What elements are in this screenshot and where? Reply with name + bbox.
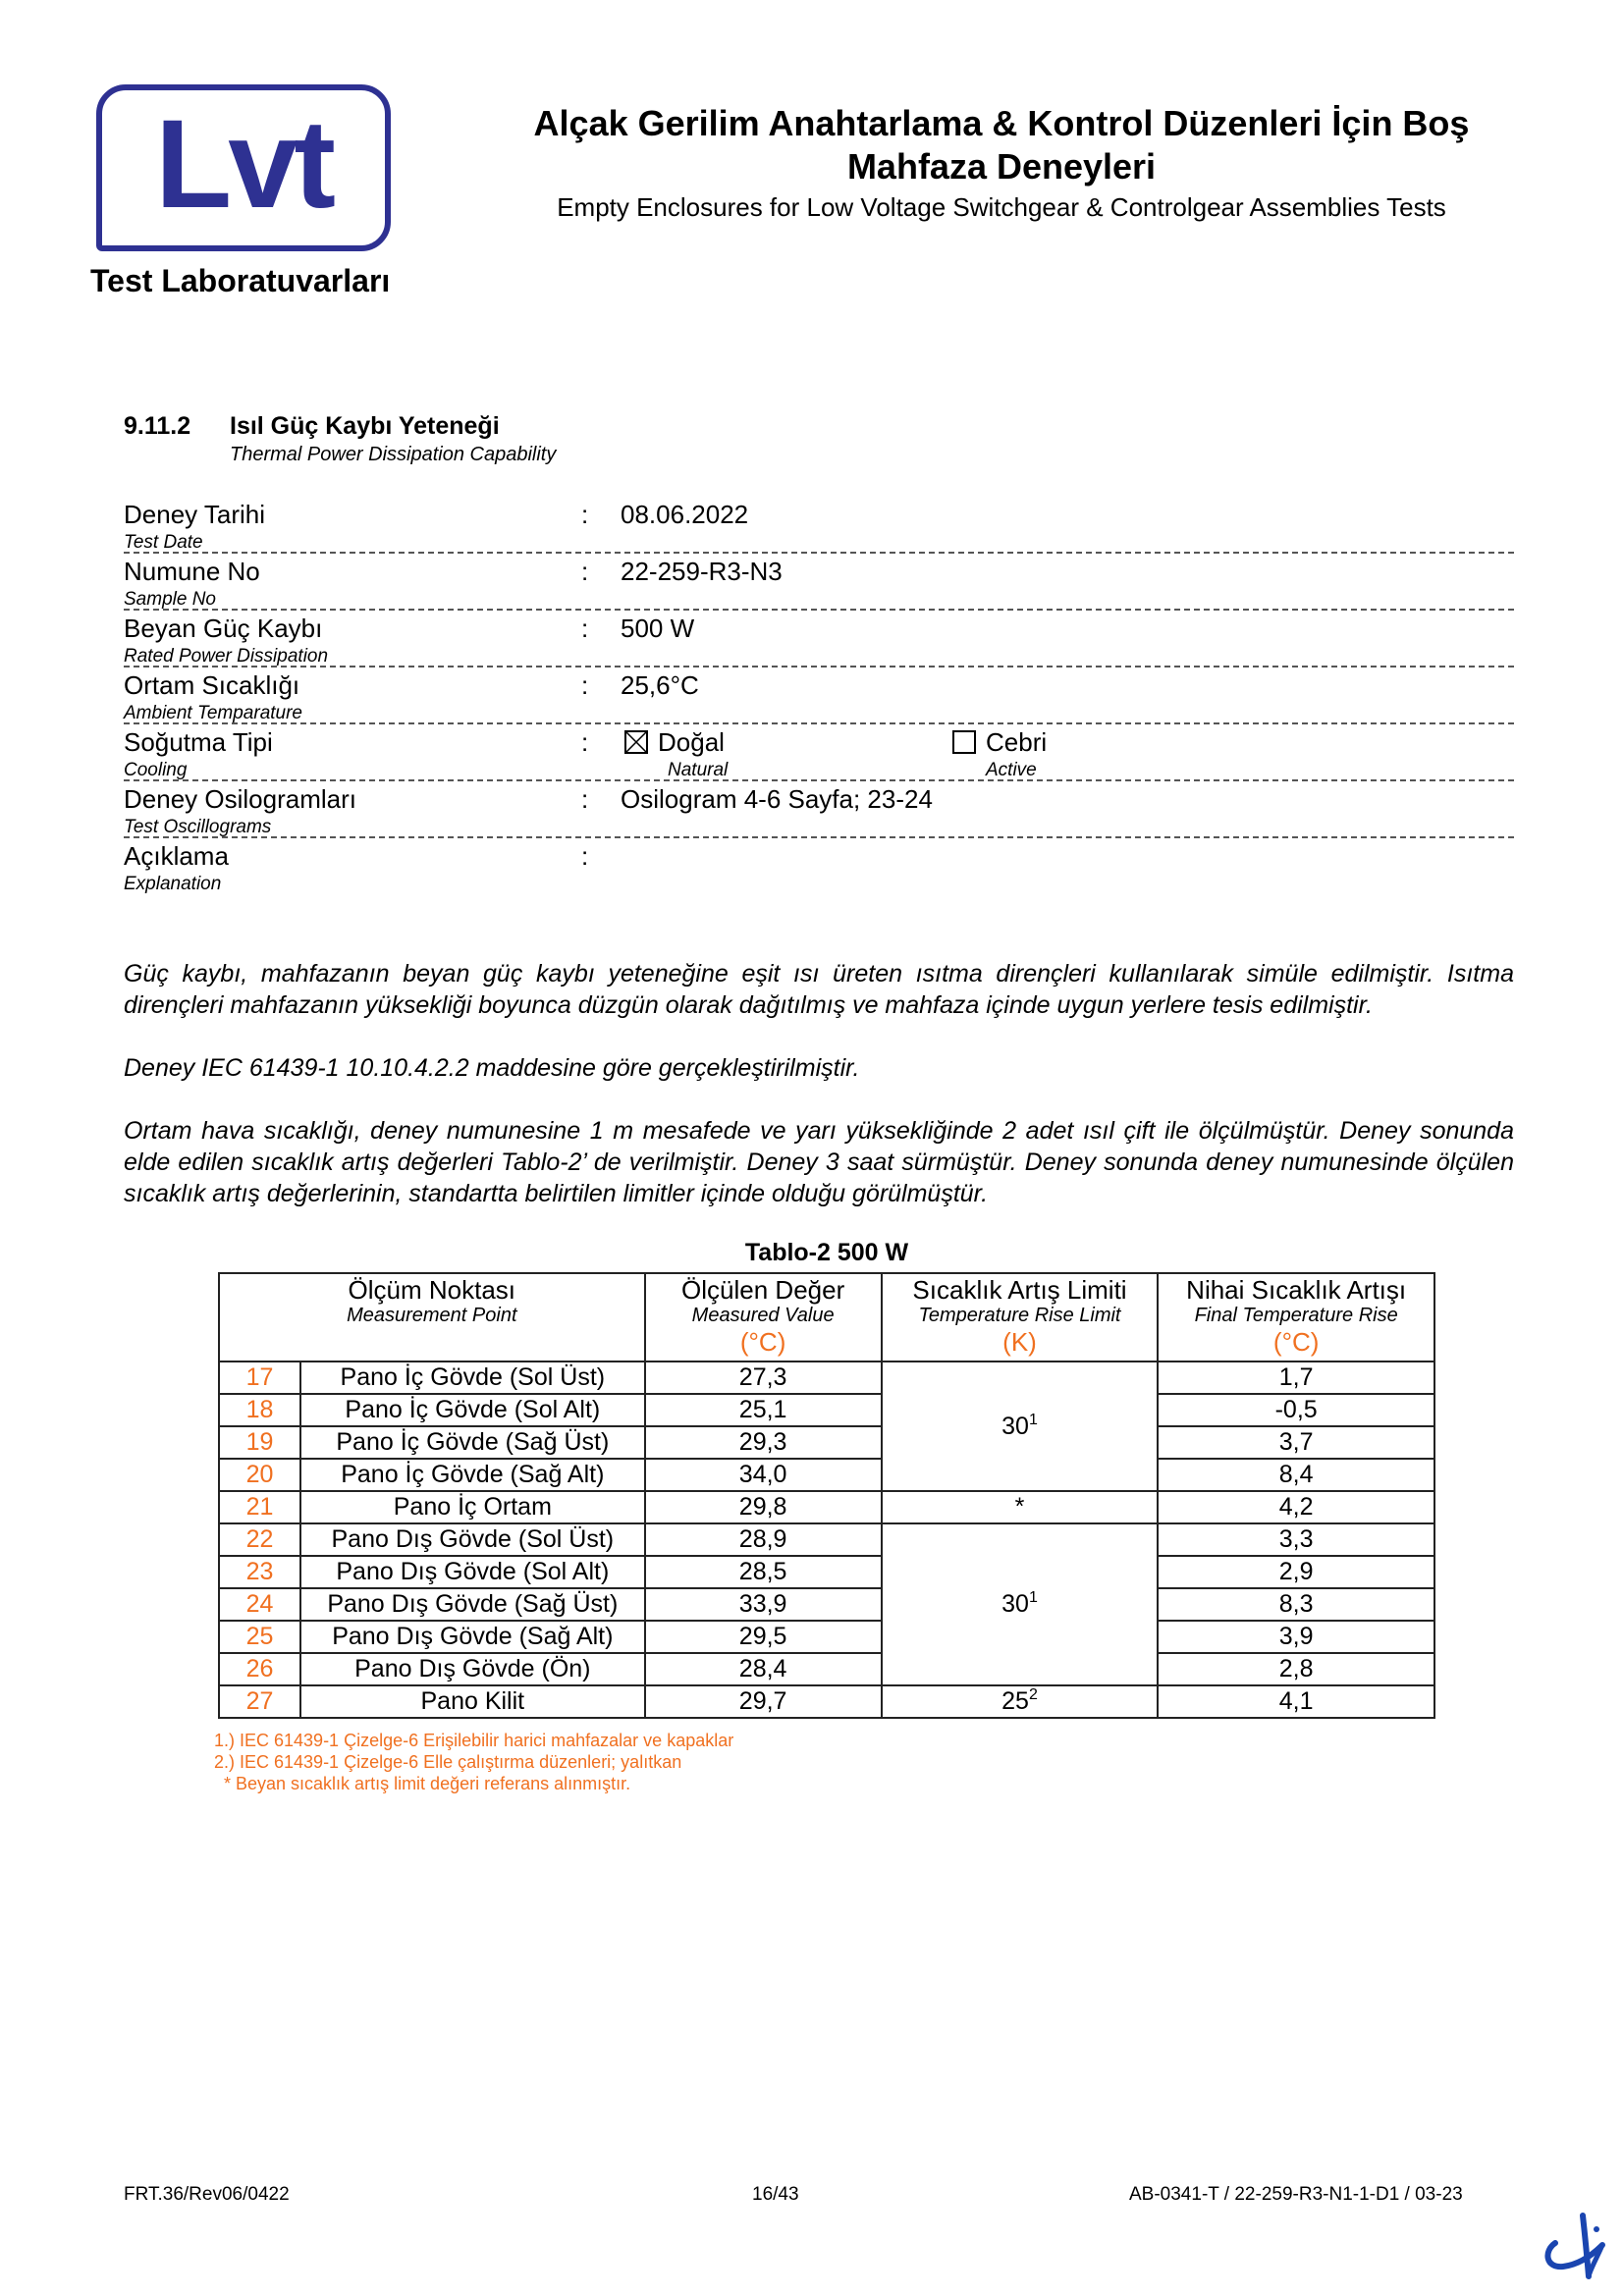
checked-x-icon xyxy=(626,732,646,752)
active-cooling-checkbox[interactable] xyxy=(952,730,976,754)
header-tr: Ölçüm Noktası xyxy=(220,1276,644,1304)
document-subtitle: Empty Enclosures for Low Voltage Switchg… xyxy=(461,192,1542,223)
point-name: Pano Dış Gövde (Sağ Üst) xyxy=(300,1588,645,1621)
active-cooling-label: Cebri xyxy=(986,727,1047,758)
header-en: Temperature Rise Limit xyxy=(883,1304,1158,1327)
measured-value: 25,1 xyxy=(645,1394,882,1426)
final-rise: 3,9 xyxy=(1158,1621,1434,1653)
limit-value: 30 xyxy=(1001,1413,1029,1440)
header-en: Measurement Point xyxy=(220,1304,644,1327)
table-row: 24Pano Dış Gövde (Sağ Üst)33,98,3 xyxy=(219,1588,1434,1621)
header-measured-value: Ölçülen Değer Measured Value (°C) xyxy=(645,1273,882,1362)
info-row-oscillograms: Deney Osilogramları Test Oscillograms : … xyxy=(124,781,1514,838)
table-header-row: Ölçüm Noktası Measurement Point Ölçülen … xyxy=(219,1273,1434,1362)
measured-value: 29,5 xyxy=(645,1621,882,1653)
info-row-rated-power: Beyan Güç Kaybı Rated Power Dissipation … xyxy=(124,611,1514,667)
document-title: Alçak Gerilim Anahtarlama & Kontrol Düze… xyxy=(461,102,1542,188)
rise-limit: 252 xyxy=(882,1685,1159,1718)
measured-value: 27,3 xyxy=(645,1362,882,1394)
info-label: Ortam Sıcaklığı xyxy=(124,670,299,701)
natural-cooling-label-en: Natural xyxy=(668,760,728,781)
table-row: 17Pano İç Gövde (Sol Üst)27,33011,7 xyxy=(219,1362,1434,1394)
colon: : xyxy=(581,727,588,758)
measured-value: 28,5 xyxy=(645,1556,882,1588)
note-2: 2.) IEC 61439-1 Çizelge-6 Elle çalıştırm… xyxy=(214,1751,733,1773)
info-label: Deney Osilogramları xyxy=(124,784,356,815)
section-title: Isıl Güç Kaybı Yeteneği xyxy=(230,412,500,441)
info-label-en: Cooling xyxy=(124,760,187,781)
colon: : xyxy=(581,500,588,530)
info-row-sample-no: Numune No Sample No : 22-259-R3-N3 xyxy=(124,554,1514,611)
info-value: 08.06.2022 xyxy=(621,500,748,530)
info-label: Deney Tarihi xyxy=(124,500,265,530)
form-code: FRT.36/Rev06/0422 xyxy=(124,2184,290,2206)
point-number: 20 xyxy=(219,1459,300,1491)
temperature-rise-table: Ölçüm Noktası Measurement Point Ölçülen … xyxy=(218,1272,1435,1719)
logo-text: Lvt xyxy=(102,102,385,228)
header-final-rise: Nihai Sıcaklık Artışı Final Temperature … xyxy=(1158,1273,1434,1362)
point-number: 19 xyxy=(219,1426,300,1459)
header-measurement-point: Ölçüm Noktası Measurement Point xyxy=(219,1273,645,1362)
rise-limit: * xyxy=(882,1491,1159,1523)
info-label-en: Rated Power Dissipation xyxy=(124,646,328,667)
header-unit: (K) xyxy=(883,1327,1158,1357)
measured-value: 28,9 xyxy=(645,1523,882,1556)
info-label: Beyan Güç Kaybı xyxy=(124,614,322,644)
final-rise: 2,8 xyxy=(1158,1653,1434,1685)
table-row: 19Pano İç Gövde (Sağ Üst)29,33,7 xyxy=(219,1426,1434,1459)
info-label-en: Ambient Temparature xyxy=(124,703,302,724)
point-name: Pano Dış Gövde (Sol Alt) xyxy=(300,1556,645,1588)
colon: : xyxy=(581,784,588,815)
final-rise: 4,1 xyxy=(1158,1685,1434,1718)
point-number: 26 xyxy=(219,1653,300,1685)
point-name: Pano Dış Gövde (Ön) xyxy=(300,1653,645,1685)
final-rise: -0,5 xyxy=(1158,1394,1434,1426)
info-row-cooling: Soğutma Tipi Cooling : Doğal Natural Ceb… xyxy=(124,724,1514,781)
point-number: 18 xyxy=(219,1394,300,1426)
point-name: Pano Dış Gövde (Sağ Alt) xyxy=(300,1621,645,1653)
lab-name: Test Laboratuvarları xyxy=(90,263,390,299)
point-name: Pano İç Ortam xyxy=(300,1491,645,1523)
info-row-explanation: Açıklama Explanation : xyxy=(124,838,1514,895)
table-row: 22Pano Dış Gövde (Sol Üst)28,93013,3 xyxy=(219,1523,1434,1556)
paragraph-results: Ortam hava sıcaklığı, deney numunesine 1… xyxy=(124,1115,1514,1209)
header-tr: Nihai Sıcaklık Artışı xyxy=(1159,1276,1434,1304)
table-row: 18Pano İç Gövde (Sol Alt)25,1-0,5 xyxy=(219,1394,1434,1426)
final-rise: 1,7 xyxy=(1158,1362,1434,1394)
table-row: 26Pano Dış Gövde (Ön)28,42,8 xyxy=(219,1653,1434,1685)
table-notes: 1.) IEC 61439-1 Çizelge-6 Erişilebilir h… xyxy=(214,1730,733,1794)
colon: : xyxy=(581,557,588,587)
info-value: 500 W xyxy=(621,614,694,644)
active-cooling-label-en: Active xyxy=(986,760,1037,781)
paragraph-standard: Deney IEC 61439-1 10.10.4.2.2 maddesine … xyxy=(124,1052,1514,1084)
final-rise: 3,3 xyxy=(1158,1523,1434,1556)
final-rise: 8,4 xyxy=(1158,1459,1434,1491)
measured-value: 34,0 xyxy=(645,1459,882,1491)
table-title: Tablo-2 500 W xyxy=(218,1239,1435,1267)
final-rise: 4,2 xyxy=(1158,1491,1434,1523)
natural-cooling-checkbox[interactable] xyxy=(624,730,648,754)
info-label-en: Sample No xyxy=(124,589,216,611)
point-name: Pano İç Gövde (Sağ Alt) xyxy=(300,1459,645,1491)
title-line-2: Mahfaza Deneyleri xyxy=(461,145,1542,188)
table-row: 25Pano Dış Gövde (Sağ Alt)29,53,9 xyxy=(219,1621,1434,1653)
info-label-en: Test Oscillograms xyxy=(124,817,271,838)
limit-value: 30 xyxy=(1001,1590,1029,1618)
header-unit: (°C) xyxy=(646,1327,881,1357)
note-asterisk: * Beyan sıcaklık artış limit değeri refe… xyxy=(214,1773,733,1794)
signature-icon xyxy=(1542,2204,1610,2287)
point-number: 21 xyxy=(219,1491,300,1523)
limit-footnote: 1 xyxy=(1029,1412,1038,1428)
header-en: Measured Value xyxy=(646,1304,881,1327)
note-1: 1.) IEC 61439-1 Çizelge-6 Erişilebilir h… xyxy=(214,1730,733,1751)
point-number: 23 xyxy=(219,1556,300,1588)
paragraph-method: Güç kaybı, mahfazanın beyan güç kaybı ye… xyxy=(124,958,1514,1021)
final-rise: 8,3 xyxy=(1158,1588,1434,1621)
report-reference: AB-0341-T / 22-259-R3-N1-1-D1 / 03-23 xyxy=(1129,2184,1463,2206)
colon: : xyxy=(581,841,588,872)
info-label: Soğutma Tipi xyxy=(124,727,273,758)
measured-value: 33,9 xyxy=(645,1588,882,1621)
info-label: Numune No xyxy=(124,557,260,587)
point-number: 22 xyxy=(219,1523,300,1556)
table-row: 21Pano İç Ortam29,8*4,2 xyxy=(219,1491,1434,1523)
limit-footnote: 1 xyxy=(1029,1589,1038,1606)
measured-value: 28,4 xyxy=(645,1653,882,1685)
info-row-ambient-temp: Ortam Sıcaklığı Ambient Temparature : 25… xyxy=(124,667,1514,724)
table-row: 20Pano İç Gövde (Sağ Alt)34,08,4 xyxy=(219,1459,1434,1491)
rise-limit: 301 xyxy=(882,1362,1159,1491)
measured-value: 29,7 xyxy=(645,1685,882,1718)
point-name: Pano Dış Gövde (Sol Üst) xyxy=(300,1523,645,1556)
header-unit: (°C) xyxy=(1159,1327,1434,1357)
page-number: 16/43 xyxy=(752,2184,799,2206)
natural-cooling-label: Doğal xyxy=(658,727,725,758)
point-name: Pano İç Gövde (Sol Üst) xyxy=(300,1362,645,1394)
rise-limit: 301 xyxy=(882,1523,1159,1685)
header-rise-limit: Sıcaklık Artış Limiti Temperature Rise L… xyxy=(882,1273,1159,1362)
colon: : xyxy=(581,614,588,644)
info-label: Açıklama xyxy=(124,841,229,872)
test-info-table: Deney Tarihi Test Date : 08.06.2022 Numu… xyxy=(124,497,1514,895)
point-name: Pano İç Gövde (Sağ Üst) xyxy=(300,1426,645,1459)
measured-value: 29,8 xyxy=(645,1491,882,1523)
point-number: 24 xyxy=(219,1588,300,1621)
point-number: 17 xyxy=(219,1362,300,1394)
info-value: Osilogram 4-6 Sayfa; 23-24 xyxy=(621,784,933,815)
section-subtitle: Thermal Power Dissipation Capability xyxy=(230,444,556,466)
limit-value: * xyxy=(1015,1493,1025,1521)
limit-value: 25 xyxy=(1001,1687,1029,1715)
final-rise: 3,7 xyxy=(1158,1426,1434,1459)
info-value: 22-259-R3-N3 xyxy=(621,557,783,587)
header-tr: Sıcaklık Artış Limiti xyxy=(883,1276,1158,1304)
lvt-logo: Lvt xyxy=(96,84,391,251)
info-row-test-date: Deney Tarihi Test Date : 08.06.2022 xyxy=(124,497,1514,554)
colon: : xyxy=(581,670,588,701)
table-row: 27Pano Kilit29,72524,1 xyxy=(219,1685,1434,1718)
header-tr: Ölçülen Değer xyxy=(646,1276,881,1304)
section-number: 9.11.2 xyxy=(124,412,190,441)
table-row: 23Pano Dış Gövde (Sol Alt)28,52,9 xyxy=(219,1556,1434,1588)
limit-footnote: 2 xyxy=(1029,1686,1038,1703)
point-number: 25 xyxy=(219,1621,300,1653)
info-label-en: Explanation xyxy=(124,874,221,895)
point-name: Pano İç Gövde (Sol Alt) xyxy=(300,1394,645,1426)
header-en: Final Temperature Rise xyxy=(1159,1304,1434,1327)
point-name: Pano Kilit xyxy=(300,1685,645,1718)
measured-value: 29,3 xyxy=(645,1426,882,1459)
title-line-1: Alçak Gerilim Anahtarlama & Kontrol Düze… xyxy=(461,102,1542,145)
final-rise: 2,9 xyxy=(1158,1556,1434,1588)
info-value: 25,6°C xyxy=(621,670,699,701)
point-number: 27 xyxy=(219,1685,300,1718)
info-label-en: Test Date xyxy=(124,532,203,554)
